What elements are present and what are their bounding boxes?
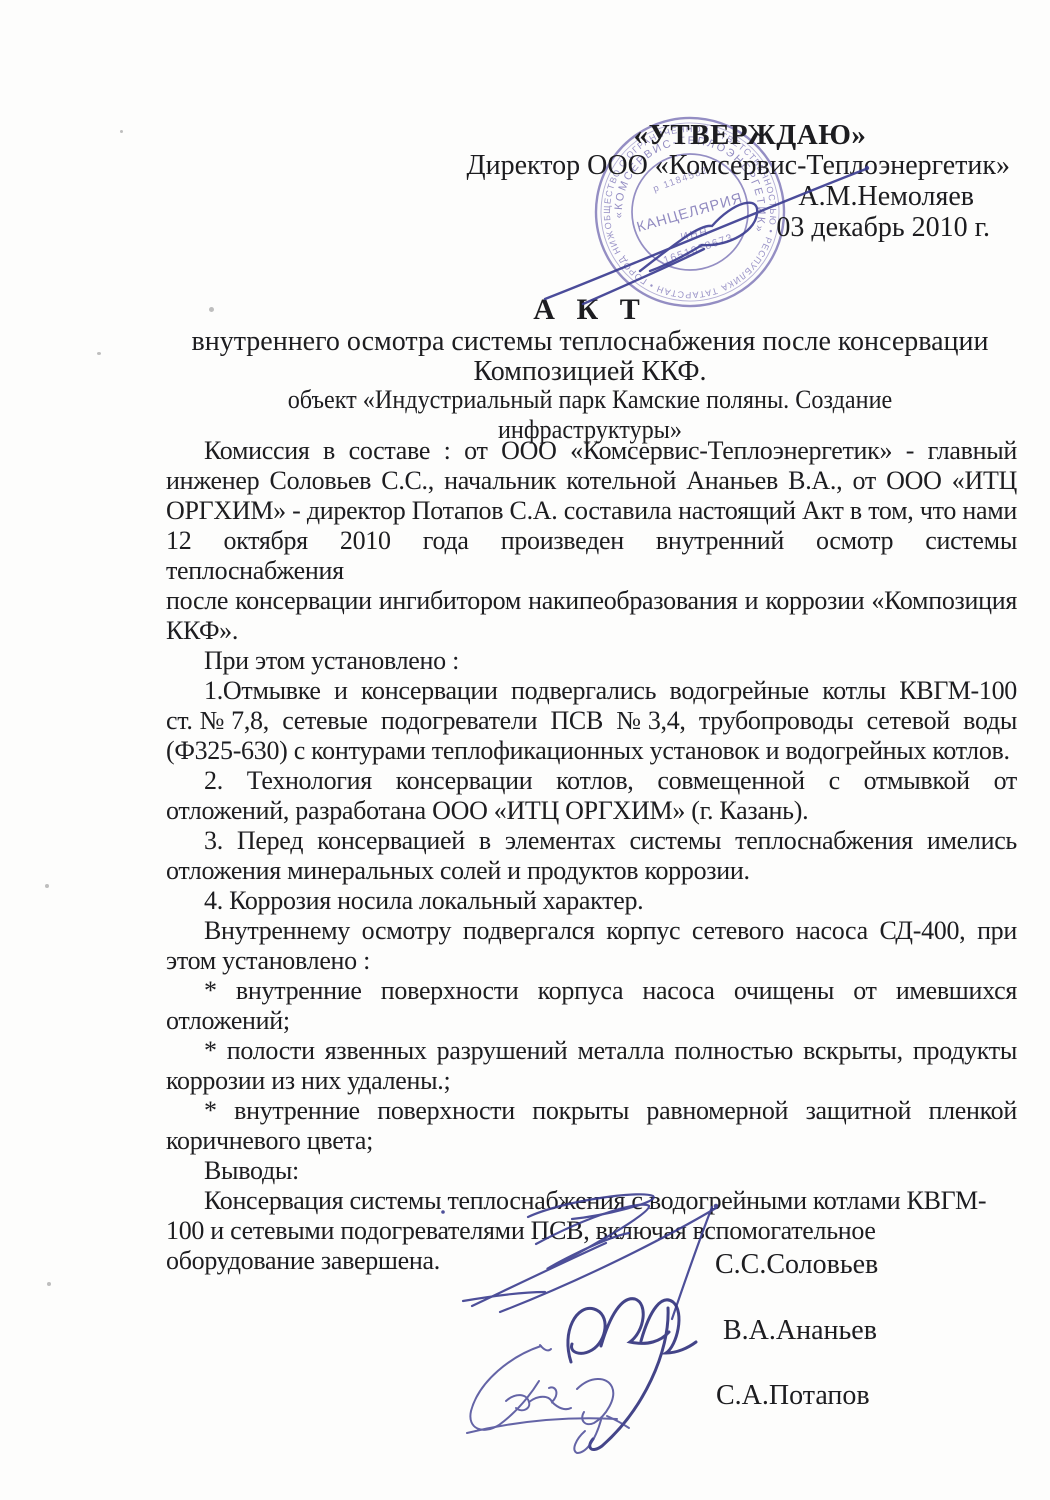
approval-director-name: А.М.Немоляев bbox=[440, 181, 1010, 213]
scanned-act-document: ОБЩЕСТВО С ОГРАНИЧЕННОЙ ОТВЕТСТВЕННОСТЬЮ… bbox=[0, 0, 1050, 1500]
paragraph-line: 2. Технология консервации котлов, совмещ… bbox=[166, 766, 1017, 796]
paragraph-line: * внутренние поверхности корпуса насоса … bbox=[166, 976, 1017, 1006]
scan-speck bbox=[45, 884, 49, 888]
document-title-line1: внутреннего осмотра системы теплоснабжен… bbox=[165, 326, 1015, 358]
paragraph-line: Комиссия в составе : от ООО «Комсервис-Т… bbox=[166, 436, 1017, 466]
paragraph-line: (Ф325-630) с контурами теплофикационных … bbox=[166, 736, 1017, 766]
paragraph-line: При этом установлено : bbox=[166, 646, 1017, 676]
paragraph-line: коррозии из них удалены.; bbox=[166, 1066, 1017, 1096]
paragraph-line: * полости язвенных разрушений металла по… bbox=[166, 1036, 1017, 1066]
paragraph-line: ст.№7,8, сетевые подогреватели ПСВ №3,4,… bbox=[166, 706, 1017, 736]
paragraph-line: оборудование завершена. bbox=[166, 1246, 1017, 1276]
paragraph-line: этом установлено : bbox=[166, 946, 1017, 976]
signature-name-potapov: С.А.Потапов bbox=[716, 1380, 870, 1412]
paragraph-line: 12 октября 2010 года произведен внутренн… bbox=[166, 526, 1017, 586]
paragraph-line: инженер Соловьев С.С., начальник котельн… bbox=[166, 466, 1017, 496]
approval-director-line: Директор ООО «Комсервис-Теплоэнергетик» bbox=[440, 150, 1010, 182]
approval-heading: «УТВЕРЖДАЮ» bbox=[540, 119, 960, 152]
paragraph-line: ОРГХИМ» - директор Потапов С.А. составил… bbox=[166, 496, 1017, 526]
scan-speck bbox=[120, 130, 123, 133]
signature-name-ananyev: В.А.Ананьев bbox=[723, 1315, 877, 1347]
scan-speck bbox=[97, 352, 101, 355]
paragraph-line: отложений, разработана ООО «ИТЦ ОРГХИМ» … bbox=[166, 796, 1017, 826]
approval-date: 03 декабрь 2010 г. bbox=[440, 212, 1010, 244]
paragraph-line: 3. Перед консервацией в элементах систем… bbox=[166, 826, 1017, 856]
paragraph-line: 1.Отмывке и консервации подвергались вод… bbox=[166, 676, 1017, 706]
signature-name-solovyev: С.С.Соловьев bbox=[715, 1249, 878, 1281]
scan-speck bbox=[47, 1282, 51, 1286]
paragraph-line: 4. Коррозия носила локальный характер. bbox=[166, 886, 1017, 916]
signature-scribble-ananyev bbox=[568, 1299, 696, 1450]
paragraph-line: после консервации ингибитором накипеобра… bbox=[166, 586, 1017, 616]
paragraph-line: * внутренние поверхности покрыты равноме… bbox=[166, 1096, 1017, 1126]
paragraph-line: Выводы: bbox=[166, 1156, 1017, 1186]
paragraph-line: коричневого цвета; bbox=[166, 1126, 1017, 1156]
paragraph-line: ККФ». bbox=[166, 616, 1017, 646]
document-body: Комиссия в составе : от ООО «Комсервис-Т… bbox=[166, 436, 1017, 1276]
paragraph-line: 100 и сетевыми подогревателями ПСВ, вклю… bbox=[166, 1216, 1017, 1246]
paragraph-line: Консервация системы теплоснабжения с вод… bbox=[166, 1186, 1017, 1216]
document-title-line2: Композицией ККФ. bbox=[165, 356, 1015, 388]
paragraph-line: отложения минеральных солей и продуктов … bbox=[166, 856, 1017, 886]
paragraph-line: Внутреннему осмотру подвергался корпус с… bbox=[166, 916, 1017, 946]
signature-scribble-potapov bbox=[467, 1345, 629, 1453]
paragraph-line: отложений; bbox=[166, 1006, 1017, 1036]
document-title-act: А К Т bbox=[165, 293, 1015, 327]
